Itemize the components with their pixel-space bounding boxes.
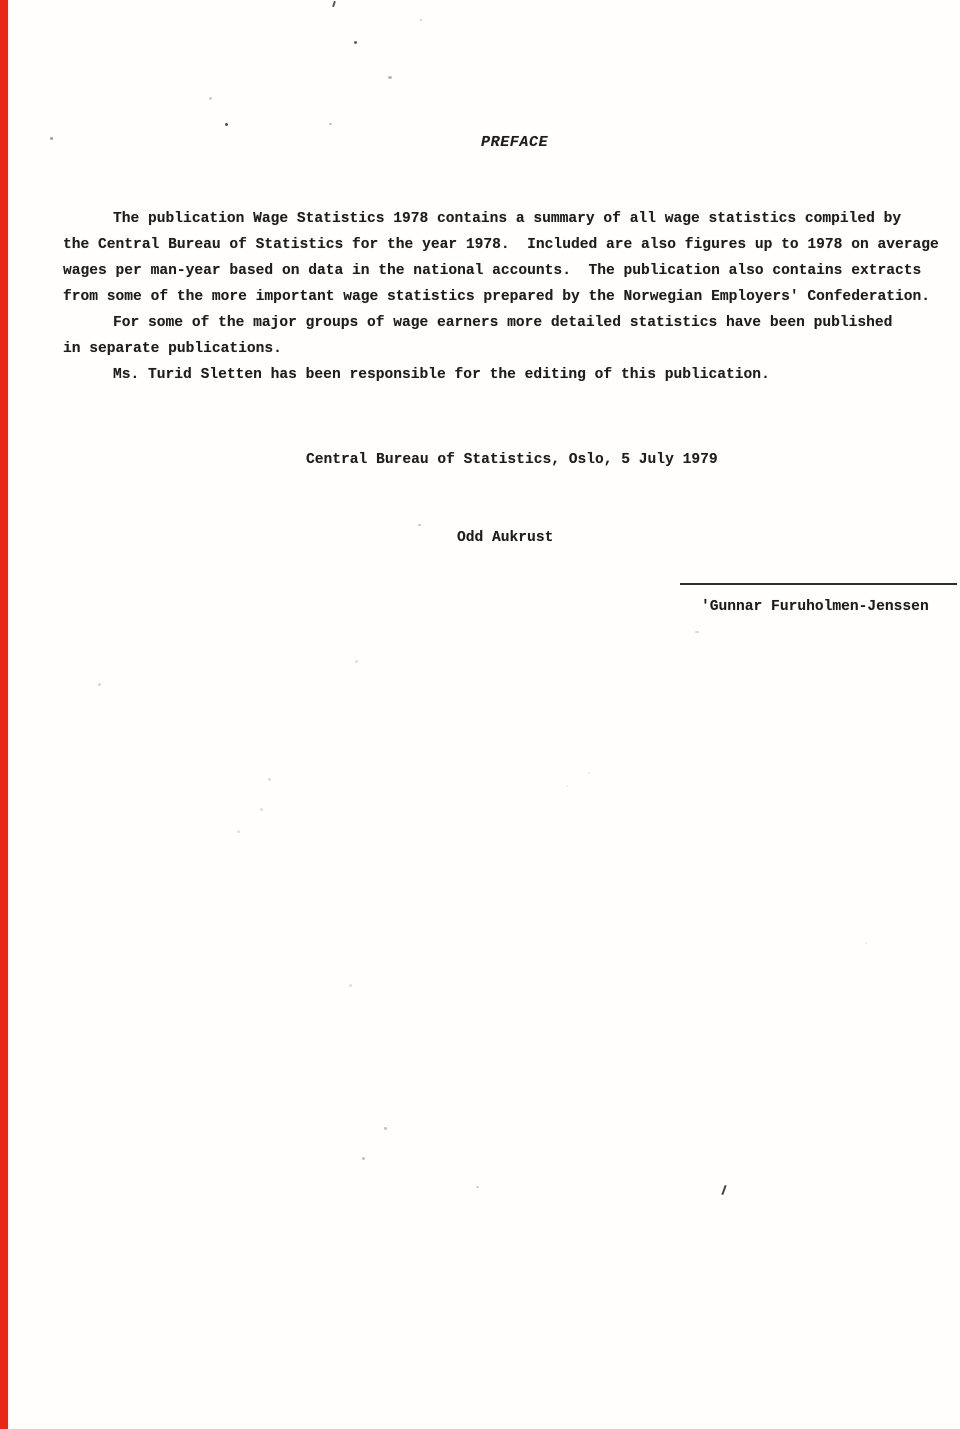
- paragraph-line-5: For some of the major groups of wage ear…: [63, 310, 943, 336]
- scan-speck: [420, 19, 422, 21]
- scan-speck: [695, 631, 699, 633]
- scan-speck: [260, 808, 263, 811]
- scan-speck: [418, 524, 421, 526]
- scan-speck: [332, 1, 336, 7]
- signature-name-1: Odd Aukrust: [457, 525, 553, 551]
- signature-rule: [680, 583, 957, 585]
- scan-speck: [237, 830, 240, 833]
- scan-speck: [268, 778, 271, 781]
- preface-paragraph: The publication Wage Statistics 1978 con…: [63, 206, 943, 388]
- signature-name-2: 'Gunnar Furuholmen-Jenssen: [701, 594, 929, 620]
- scan-speck: [566, 785, 568, 787]
- scan-speck: [98, 683, 101, 686]
- scanned-document-page: PREFACE The publication Wage Statistics …: [0, 0, 960, 1429]
- date-line: Central Bureau of Statistics, Oslo, 5 Ju…: [306, 447, 718, 473]
- scan-speck: [50, 137, 53, 140]
- scan-slash-mark: [721, 1185, 726, 1195]
- paragraph-line-4: from some of the more important wage sta…: [63, 284, 943, 310]
- paragraph-line-7: Ms. Turid Sletten has been responsible f…: [63, 362, 943, 388]
- scan-speck: [388, 76, 392, 79]
- paragraph-line-6: in separate publications.: [63, 336, 943, 362]
- scan-speck: [349, 984, 352, 987]
- paragraph-line-2: the Central Bureau of Statistics for the…: [63, 232, 943, 258]
- scan-speck: [865, 942, 867, 944]
- paragraph-line-1: The publication Wage Statistics 1978 con…: [63, 206, 943, 232]
- scan-speck: [209, 97, 212, 100]
- scan-speck: [354, 41, 357, 44]
- page-title: PREFACE: [481, 130, 548, 156]
- scan-speck: [588, 772, 590, 774]
- paragraph-line-3: wages per man-year based on data in the …: [63, 258, 943, 284]
- scan-speck: [225, 123, 228, 126]
- scan-speck: [362, 1157, 365, 1160]
- scan-speck: [355, 660, 358, 663]
- scan-speck: [384, 1127, 387, 1130]
- scan-speck: [329, 123, 332, 125]
- scan-speck: [476, 1186, 479, 1188]
- scan-edge-strip: [0, 0, 8, 1429]
